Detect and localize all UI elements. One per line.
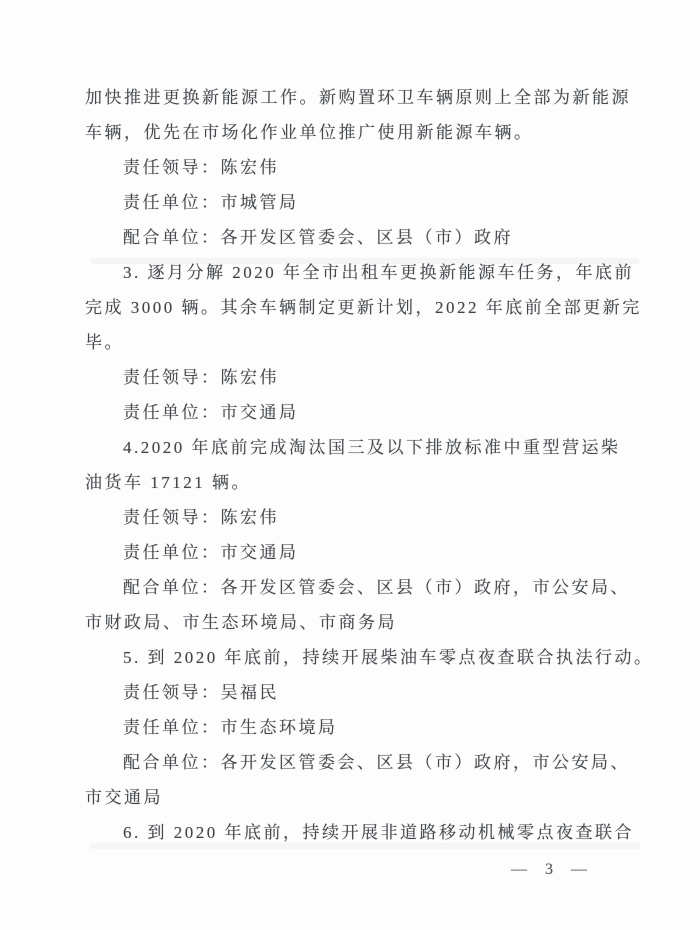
- text-line: 毕。: [85, 325, 642, 360]
- text-line: 责任单位：市交通局: [85, 395, 642, 430]
- text-line: 5. 到 2020 年底前，持续开展柴油车零点夜查联合执法行动。: [85, 640, 642, 675]
- text-line: 市交通局: [85, 780, 642, 815]
- text-line: 3. 逐月分解 2020 年全市出租车更换新能源车任务，年底前: [85, 255, 642, 290]
- text-line: 市财政局、市生态环境局、市商务局: [85, 605, 642, 640]
- text-line: 完成 3000 辆。其余车辆制定更新计划，2022 年底前全部更新完: [85, 290, 642, 325]
- text-line: 责任单位：市交通局: [85, 535, 642, 570]
- text-line: 配合单位：各开发区管委会、区县（市）政府，市公安局、: [85, 570, 642, 605]
- text-line: 责任领导：吴福民: [85, 675, 642, 710]
- text-line: 责任领导：陈宏伟: [85, 500, 642, 535]
- document-page: 加快推进更换新能源工作。新购置环卫车辆原则上全部为新能源车辆，优先在市场化作业单…: [0, 0, 700, 930]
- text-line: 6. 到 2020 年底前，持续开展非道路移动机械零点夜查联合: [85, 815, 642, 850]
- text-line: 责任领导：陈宏伟: [85, 360, 642, 395]
- text-line: 油货车 17121 辆。: [85, 465, 642, 500]
- text-line: 加快推进更换新能源工作。新购置环卫车辆原则上全部为新能源: [85, 80, 642, 115]
- text-line: 配合单位：各开发区管委会、区县（市）政府，市公安局、: [85, 745, 642, 780]
- document-body: 加快推进更换新能源工作。新购置环卫车辆原则上全部为新能源车辆，优先在市场化作业单…: [85, 80, 642, 850]
- text-line: 4.2020 年底前完成淘汰国三及以下排放标准中重型营运柴: [85, 430, 642, 465]
- text-line: 责任单位：市生态环境局: [85, 710, 642, 745]
- text-line: 配合单位：各开发区管委会、区县（市）政府: [85, 220, 642, 255]
- page-number: — 3 —: [511, 855, 594, 885]
- text-line: 责任领导：陈宏伟: [85, 150, 642, 185]
- text-line: 责任单位：市城管局: [85, 185, 642, 220]
- text-line: 车辆，优先在市场化作业单位推广使用新能源车辆。: [85, 115, 642, 150]
